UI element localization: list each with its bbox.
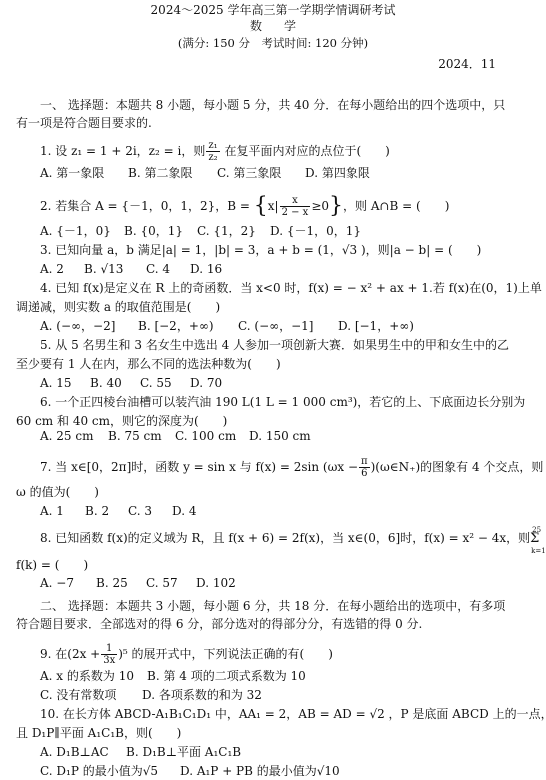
exam-date: 2024．11 [438, 55, 496, 72]
option-a[interactable]: A. (−∞，−2] [40, 318, 138, 334]
option-b[interactable]: B. 2 [85, 503, 128, 519]
option-d[interactable]: D. 第四象限 [305, 165, 370, 181]
exam-title: 2024～2025 学年高三第一学期学情调研考试 [0, 1, 546, 18]
fraction: z₁z₂ [206, 140, 219, 163]
option-a[interactable]: A. −7 [40, 575, 96, 591]
section1-intro: 一、 选择题：本题共 8 小题，每小题 5 分，共 40 分．在每小题给出的四个… [40, 97, 505, 113]
option-d[interactable]: D. A₁P + PB 的最小值为√10 [180, 763, 340, 779]
question-9-stem: 9. 在(2x +13x)⁵ 的展开式中，下列说法正确的有( ) [40, 643, 333, 666]
question-9-options-row2: C. 没有常数项D. 各项系数的和为 32 [40, 687, 262, 703]
fraction: π6 [359, 456, 370, 479]
question-7-stem: 7. 当 x∈[0，2π]时，函数 y = sin x 与 f(x) = 2si… [40, 456, 543, 479]
option-c[interactable]: C. (−∞，−1] [238, 318, 338, 334]
option-c[interactable]: C. 4 [146, 261, 190, 277]
option-d[interactable]: D. 16 [190, 261, 222, 277]
question-7-stem-cont: ω 的值为( ) [16, 484, 99, 500]
option-c[interactable]: C. 57 [146, 575, 196, 591]
option-b[interactable]: B. [−2，+∞) [138, 318, 238, 334]
option-d[interactable]: D. {－1，0，1} [270, 223, 361, 239]
option-b[interactable]: B. √13 [84, 261, 146, 277]
option-c[interactable]: C. 3 [128, 503, 172, 519]
question-6-stem: 6. 一个正四棱台油槽可以装汽油 190 L(1 L = 1 000 cm³)，… [40, 394, 525, 410]
question-9-options-row1: A. x 的系数为 10B. 第 4 项的二项式系数为 10 [40, 668, 306, 684]
option-c[interactable]: C. 100 cm [175, 428, 249, 444]
question-6-options: A. 25 cmB. 75 cmC. 100 cmD. 150 cm [40, 428, 311, 444]
question-10-stem: 10. 在长方体 ABCD-A₁B₁C₁D₁ 中，AA₁ = 2，AB = AD… [40, 706, 546, 722]
option-d[interactable]: D. 150 cm [249, 428, 311, 444]
option-c[interactable]: C. 第三象限 [217, 165, 305, 181]
question-6-stem-cont: 60 cm 和 40 cm，则它的深度为( ) [16, 413, 227, 429]
subject-char: 数 [250, 19, 262, 33]
section2-intro: 二、 选择题：本题共 3 小题，每小题 6 分，共 18 分．在每小题给出的选项… [40, 598, 505, 614]
option-c[interactable]: C. 55 [140, 375, 190, 391]
option-a[interactable]: A. x 的系数为 10 [40, 668, 147, 684]
option-a[interactable]: A. 1 [40, 503, 85, 519]
option-b[interactable]: B. D₁B⊥平面 A₁C₁B [126, 744, 241, 760]
question-8-stem-cont: f(k) = ( ) [16, 557, 88, 573]
question-1-options: A. 第一象限B. 第二象限C. 第三象限D. 第四象限 [40, 165, 370, 181]
section1-intro-cont: 有一项是符合题目要求的. [16, 115, 152, 131]
option-b[interactable]: B. 第二象限 [128, 165, 217, 181]
option-a[interactable]: A. 第一象限 [40, 165, 128, 181]
question-8-stem: 8. 已知函数 f(x)的定义域为 R，且 f(x + 6) = 2f(x)，当… [40, 530, 539, 547]
summation-symbol: 25Σk=1 [530, 531, 539, 547]
option-a[interactable]: A. 15 [40, 375, 90, 391]
option-c[interactable]: C. {1，2} [197, 223, 270, 239]
question-5-options: A. 15B. 40C. 55D. 70 [40, 375, 222, 391]
subject-char: 学 [284, 19, 296, 33]
option-b[interactable]: B. 40 [90, 375, 140, 391]
question-5-stem: 5. 从 5 名男生和 3 名女生中选出 4 人参加一项创新大赛．如果男生中的甲… [40, 337, 509, 353]
question-5-stem-cont: 至少要有 1 人在内，那么不同的选法种数为( ) [16, 356, 281, 372]
question-4-stem: 4. 已知 f(x)是定义在 R 上的奇函数．当 x<0 时，f(x) = − … [40, 280, 542, 296]
question-3-stem: 3. 已知向量 a，b 满足|a| = 1，|b| = 3，a + b = (1… [40, 242, 481, 258]
option-a[interactable]: A. 25 cm [40, 428, 108, 444]
option-b[interactable]: B. 第 4 项的二项式系数为 10 [147, 668, 306, 684]
question-2-stem: 2. 若集合 A = {－1，0，1，2}，B = {x|x2 − x≥0}，则… [40, 195, 449, 218]
question-4-options: A. (−∞，−2]B. [−2，+∞)C. (−∞，−1]D. [−1，+∞) [40, 318, 414, 334]
option-c[interactable]: C. 没有常数项 [40, 687, 142, 703]
option-d[interactable]: D. 102 [196, 575, 236, 591]
option-d[interactable]: D. 各项系数的和为 32 [142, 687, 262, 703]
question-10-stem-cont: 且 D₁P∥平面 A₁C₁B，则( ) [16, 725, 181, 741]
option-d[interactable]: D. 4 [172, 503, 196, 519]
option-a[interactable]: A. D₁B⊥AC [40, 744, 126, 760]
question-7-options: A. 1B. 2C. 3D. 4 [40, 503, 196, 519]
fraction: x2 − x [280, 195, 311, 218]
subject-heading: 数学 [0, 17, 546, 34]
exam-page: 2024～2025 学年高三第一学期学情调研考试 数学 (满分: 150 分 考… [0, 0, 546, 780]
option-d[interactable]: D. 70 [190, 375, 222, 391]
option-b[interactable]: B. 75 cm [108, 428, 175, 444]
option-d[interactable]: D. [−1，+∞) [338, 318, 414, 334]
question-3-options: A. 2B. √13C. 4D. 16 [40, 261, 222, 277]
option-b[interactable]: B. 25 [96, 575, 146, 591]
question-1-stem: 1. 设 z₁ = 1 + 2i，z₂ = i，则z₁z₂ 在复平面内对应的点位… [40, 140, 390, 163]
option-b[interactable]: B. {0，1} [124, 223, 197, 239]
option-c[interactable]: C. D₁P 的最小值为√5 [40, 763, 180, 779]
fraction: 13x [101, 643, 117, 666]
question-10-options-row2: C. D₁P 的最小值为√5D. A₁P + PB 的最小值为√10 [40, 763, 340, 779]
question-4-stem-cont: 调递减，则实数 a 的取值范围是( ) [16, 299, 220, 315]
option-a[interactable]: A. {－1，0} [40, 223, 124, 239]
question-8-options: A. −7B. 25C. 57D. 102 [40, 575, 236, 591]
option-a[interactable]: A. 2 [40, 261, 84, 277]
question-2-options: A. {－1，0}B. {0，1}C. {1，2}D. {－1，0，1} [40, 223, 361, 239]
exam-info: (满分: 150 分 考试时间: 120 分钟) [0, 35, 546, 51]
question-10-options-row1: A. D₁B⊥ACB. D₁B⊥平面 A₁C₁B [40, 744, 241, 760]
section2-intro-cont: 符合题目要求．全部选对的得 6 分，部分选对的得部分分，有选错的得 0 分. [16, 616, 422, 632]
